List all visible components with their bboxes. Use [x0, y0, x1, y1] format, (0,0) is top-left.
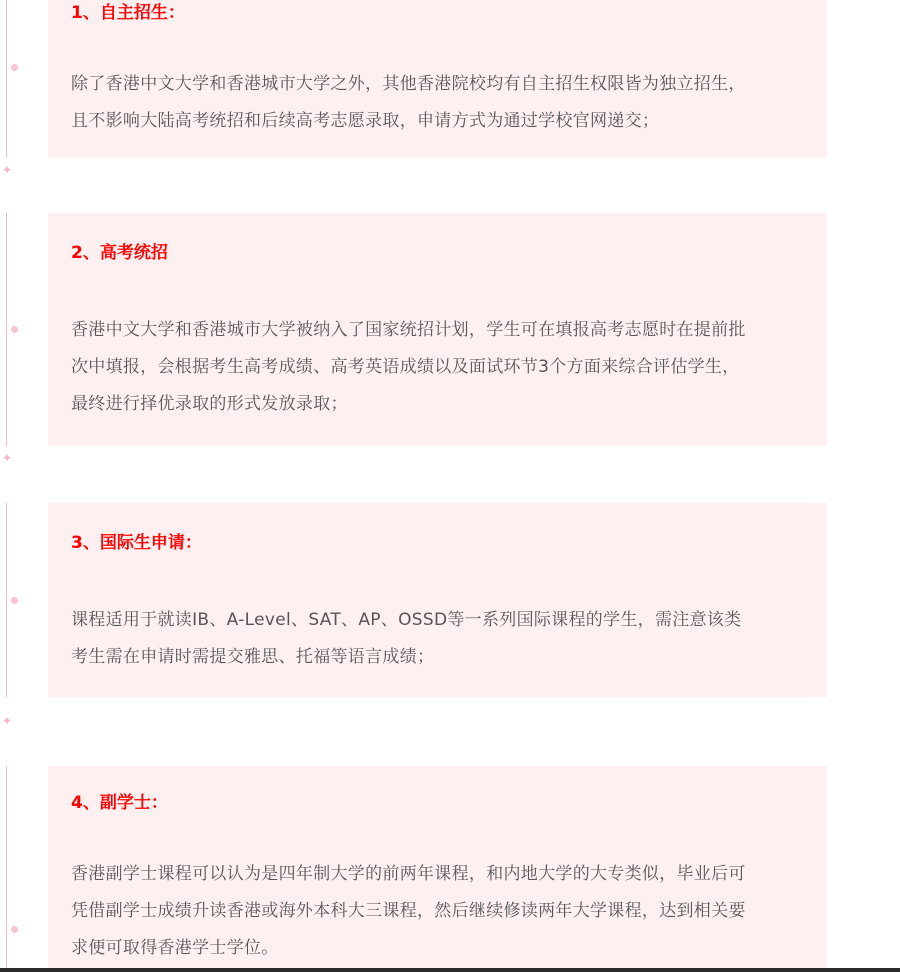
timeline-star-icon: ✦: [1, 452, 13, 464]
paragraph-line: 课程适用于就读IB、A-Level、SAT、AP、OSSD等一系列国际课程的学生…: [71, 602, 811, 639]
section-card-2: 2、高考统招 香港中文大学和香港城市大学被纳入了国家统招计划，学生可在填报高考志…: [48, 213, 827, 446]
timeline-star-icon: ✦: [1, 164, 13, 176]
section-paragraph: 香港中文大学和香港城市大学被纳入了国家统招计划，学生可在填报高考志愿时在提前批 …: [71, 312, 811, 423]
section-heading: 4、副学士：: [71, 793, 168, 813]
timeline-dot-icon: [11, 597, 18, 604]
timeline-line: [6, 766, 7, 972]
timeline-dot-icon: [11, 326, 18, 333]
paragraph-line: 次中填报，会根据考生高考成绩、高考英语成绩以及面试环节3个方面来综合评估学生，: [71, 349, 811, 386]
section-paragraph: 课程适用于就读IB、A-Level、SAT、AP、OSSD等一系列国际课程的学生…: [71, 602, 811, 676]
paragraph-line: 求便可取得香港学士学位。: [71, 930, 811, 967]
section-card-1: 1、自主招生： 除了香港中文大学和香港城市大学之外，其他香港院校均有自主招生权限…: [48, 0, 827, 157]
window-bottom-edge: [0, 968, 900, 972]
paragraph-line: 香港中文大学和香港城市大学被纳入了国家统招计划，学生可在填报高考志愿时在提前批: [71, 312, 811, 349]
paragraph-line: 且不影响大陆高考统招和后续高考志愿录取，申请方式为通过学校官网递交；: [71, 103, 811, 140]
section-card-4: 4、副学士： 香港副学士课程可以认为是四年制大学的前两年课程，和内地大学的大专类…: [48, 766, 827, 972]
timeline-dot-icon: [11, 64, 18, 71]
paragraph-line: 凭借副学士成绩升读香港或海外本科大三课程，然后继续修读两年大学课程，达到相关要: [71, 893, 811, 930]
timeline-line: [6, 503, 7, 697]
section-heading: 2、高考统招: [71, 243, 168, 263]
section-paragraph: 香港副学士课程可以认为是四年制大学的前两年课程，和内地大学的大专类似，毕业后可 …: [71, 856, 811, 967]
timeline-line: [6, 0, 7, 157]
section-paragraph: 除了香港中文大学和香港城市大学之外，其他香港院校均有自主招生权限皆为独立招生， …: [71, 66, 811, 140]
paragraph-line: 除了香港中文大学和香港城市大学之外，其他香港院校均有自主招生权限皆为独立招生，: [71, 66, 811, 103]
paragraph-line: 香港副学士课程可以认为是四年制大学的前两年课程，和内地大学的大专类似，毕业后可: [71, 856, 811, 893]
paragraph-line: 最终进行择优录取的形式发放录取；: [71, 386, 811, 423]
timeline-star-icon: ✦: [1, 715, 13, 727]
section-heading: 3、国际生申请：: [71, 533, 202, 553]
timeline-line: [6, 213, 7, 446]
section-card-3: 3、国际生申请： 课程适用于就读IB、A-Level、SAT、AP、OSSD等一…: [48, 503, 827, 697]
paragraph-line: 考生需在申请时需提交雅思、托福等语言成绩；: [71, 639, 811, 676]
timeline-dot-icon: [11, 926, 18, 933]
section-heading: 1、自主招生：: [71, 3, 185, 23]
